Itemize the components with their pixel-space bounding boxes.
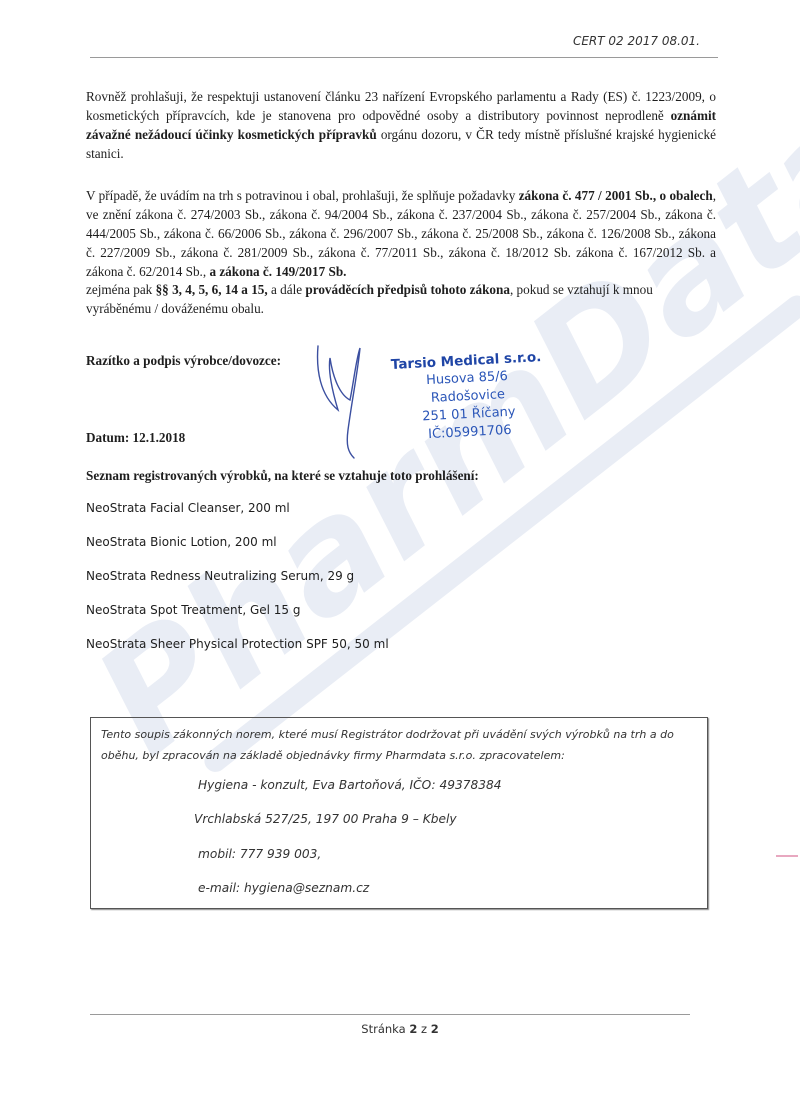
stamp-signature-label: Razítko a podpis výrobce/dovozce: [86,351,281,370]
list-item: NeoStrata Bionic Lotion, 200 ml [86,534,389,568]
signature [308,340,368,460]
date: Datum: 12.1.2018 [86,428,185,447]
product-list-heading: Seznam registrovaných výrobků, na které … [86,466,479,485]
list-item: NeoStrata Redness Neutralizing Serum, 29… [86,568,389,602]
list-item: NeoStrata Facial Cleanser, 200 ml [86,500,389,534]
document-code: CERT 02 2017 08.01. [500,34,700,48]
processor-email: e-mail: hygiena@seznam.cz [198,881,369,895]
cosmetics-regulation-paragraph: Rovněž prohlašuji, že respektuji ustanov… [86,87,716,163]
packaging-law-paragraph: V případě, že uvádím na trh s potravinou… [86,186,716,281]
processor-info-box: Tento soupis zákonných norem, které musí… [90,717,708,909]
footer-divider [90,1014,690,1015]
document-page: PharmData s.r.o. CERT 02 2017 08.01. Rov… [0,0,800,1100]
list-item: NeoStrata Spot Treatment, Gel 15 g [86,602,389,636]
product-list: NeoStrata Facial Cleanser, 200 ml NeoStr… [86,500,389,670]
processor-phone: mobil: 777 939 003, [198,847,321,861]
header-divider [90,57,718,58]
company-stamp: Tarsio Medical s.r.o. Husova 85/6 Radošo… [386,348,550,446]
processor-intro: Tento soupis zákonných norem, které musí… [101,724,701,766]
margin-mark [776,855,798,857]
processor-name: Hygiena - konzult, Eva Bartoňová, IČO: 4… [198,778,502,792]
list-item: NeoStrata Sheer Physical Protection SPF … [86,636,389,670]
page-number: Stránka 2 z 2 [0,1022,800,1036]
processor-address: Vrchlabská 527/25, 197 00 Praha 9 – Kbel… [194,812,457,826]
sections-paragraph: zejména pak §§ 3, 4, 5, 6, 14 a 15, a dá… [86,280,716,318]
